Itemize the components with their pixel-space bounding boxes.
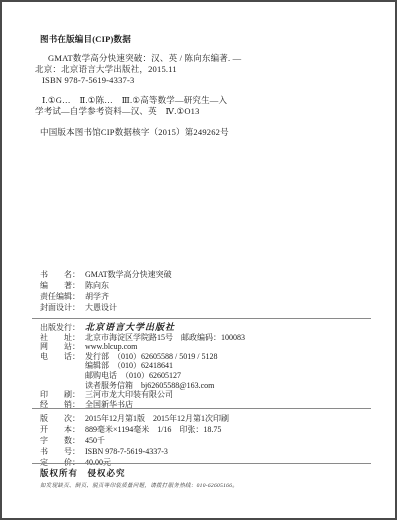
info-row-isbn: 书 号： ISBN 978-7-5619-4337-3 — [40, 446, 371, 457]
word-count: 450千 — [85, 435, 105, 446]
info-row-address: 社 址： 北京市海淀区学院路15号 邮政编码：100083 — [40, 333, 371, 343]
format-info: 889毫米×1194毫米 1/16 印张：18.75 — [85, 424, 221, 435]
edition-info: 2015年12月第1版 2015年12月第1次印刷 — [85, 413, 229, 424]
info-row-printer: 印 刷： 三河市龙大印装有限公司 — [40, 390, 371, 400]
info-row-cover-design: 封面设计： 大愚设计 — [40, 302, 371, 313]
cip-record-number: 中国版本图书馆CIP数据核字（2015）第249262号 — [40, 127, 371, 138]
publisher-website: www.blcup.com — [85, 342, 137, 352]
cip-classification-line2: 学考试—自学参考资料—汉、英 Ⅳ.①O13 — [35, 106, 371, 117]
info-label: 开 本： — [40, 424, 85, 435]
copyright-notice: 版权所有 侵权必究 — [40, 467, 371, 479]
divider — [32, 408, 371, 409]
divider — [32, 463, 371, 464]
info-label: 出版发行： — [40, 323, 85, 333]
info-label: 电 话： — [40, 352, 85, 362]
cover-designer: 大愚设计 — [85, 302, 117, 313]
info-row-publisher: 出版发行： 北京语言大学出版社 — [40, 323, 371, 333]
publisher-logotype: 北京语言大学出版社 — [85, 323, 175, 333]
info-row-author: 编 著： 陈向东 — [40, 280, 371, 291]
info-row-website: 网 站： www.blcup.com — [40, 342, 371, 352]
info-row-reader-email: 读者服务信箱 bj62605588@163.com — [40, 381, 371, 391]
info-label: 社 址： — [40, 333, 85, 343]
cip-classification-line1: Ⅰ.①G… Ⅱ.①陈… Ⅲ.①高等数学—研究生—入 — [42, 95, 371, 106]
copyright-page: 图书在版编目(CIP)数据 GMAT数学高分快速突破：汉、英 / 陈向东编著. … — [0, 0, 397, 520]
info-label: 书 号： — [40, 446, 85, 457]
cip-entry-line2: 北京：北京语言大学出版社，2015.11 — [35, 64, 371, 75]
book-info-section: 书 名： GMAT数学高分快速突破 编 著： 陈向东 责任编辑： 胡学齐 封面设… — [40, 269, 371, 313]
info-label: 网 站： — [40, 342, 85, 352]
info-row-editor: 责任编辑： 胡学齐 — [40, 291, 371, 302]
printer-name: 三河市龙大印装有限公司 — [85, 390, 173, 400]
info-row-wordcount: 字 数： 450千 — [40, 435, 371, 446]
book-isbn: ISBN 978-7-5619-4337-3 — [85, 446, 168, 457]
cip-heading: 图书在版编目(CIP)数据 — [40, 34, 371, 45]
info-row-title: 书 名： GMAT数学高分快速突破 — [40, 269, 371, 280]
reader-service-email: 读者服务信箱 bj62605588@163.com — [85, 381, 214, 391]
publisher-address: 北京市海淀区学院路15号 邮政编码：100083 — [85, 333, 245, 343]
info-row-edition: 版 次： 2015年12月第1版 2015年12月第1次印刷 — [40, 413, 371, 424]
author-name: 陈向东 — [85, 280, 109, 291]
cip-isbn: ISBN 978-7-5619-4337-3 — [42, 75, 371, 86]
info-row-phone-mailorder: 邮购电话 （010）62605127 — [40, 371, 371, 381]
cip-entry-line1: GMAT数学高分快速突破：汉、英 / 陈向东编著. — — [48, 53, 371, 64]
info-row-format: 开 本： 889毫米×1194毫米 1/16 印张：18.75 — [40, 424, 371, 435]
info-row-phone-editorial: 编辑部 （010）62418641 — [40, 361, 371, 371]
copyright-footer: 版权所有 侵权必究 如发现缺页、倒页、脱页等印装质量问题，请拨打服务热线：010… — [40, 467, 371, 489]
info-row-phone-sales: 电 话： 发行部 （010）62605588 / 5019 / 5128 — [40, 352, 371, 362]
info-label: 责任编辑： — [40, 291, 85, 302]
info-label: 版 次： — [40, 413, 85, 424]
phone-mail-order: 邮购电话 （010）62605127 — [85, 371, 181, 381]
info-label: 编 著： — [40, 280, 85, 291]
phone-editorial-dept: 编辑部 （010）62418641 — [85, 361, 173, 371]
edition-section: 版 次： 2015年12月第1版 2015年12月第1次印刷 开 本： 889毫… — [40, 413, 371, 468]
cip-block: 图书在版编目(CIP)数据 GMAT数学高分快速突破：汉、英 / 陈向东编著. … — [35, 34, 371, 138]
info-label: 书 名： — [40, 269, 85, 280]
phone-sales-dept: 发行部 （010）62605588 / 5019 / 5128 — [85, 352, 217, 362]
info-label: 印 刷： — [40, 390, 85, 400]
info-label: 封面设计： — [40, 302, 85, 313]
editor-name: 胡学齐 — [85, 291, 109, 302]
book-title: GMAT数学高分快速突破 — [85, 269, 172, 280]
divider — [32, 318, 371, 319]
publisher-section: 出版发行： 北京语言大学出版社 社 址： 北京市海淀区学院路15号 邮政编码：1… — [40, 323, 371, 409]
quality-hotline-note: 如发现缺页、倒页、脱页等印装质量问题，请拨打服务热线：010-62605166。 — [40, 481, 371, 489]
info-label: 字 数： — [40, 435, 85, 446]
